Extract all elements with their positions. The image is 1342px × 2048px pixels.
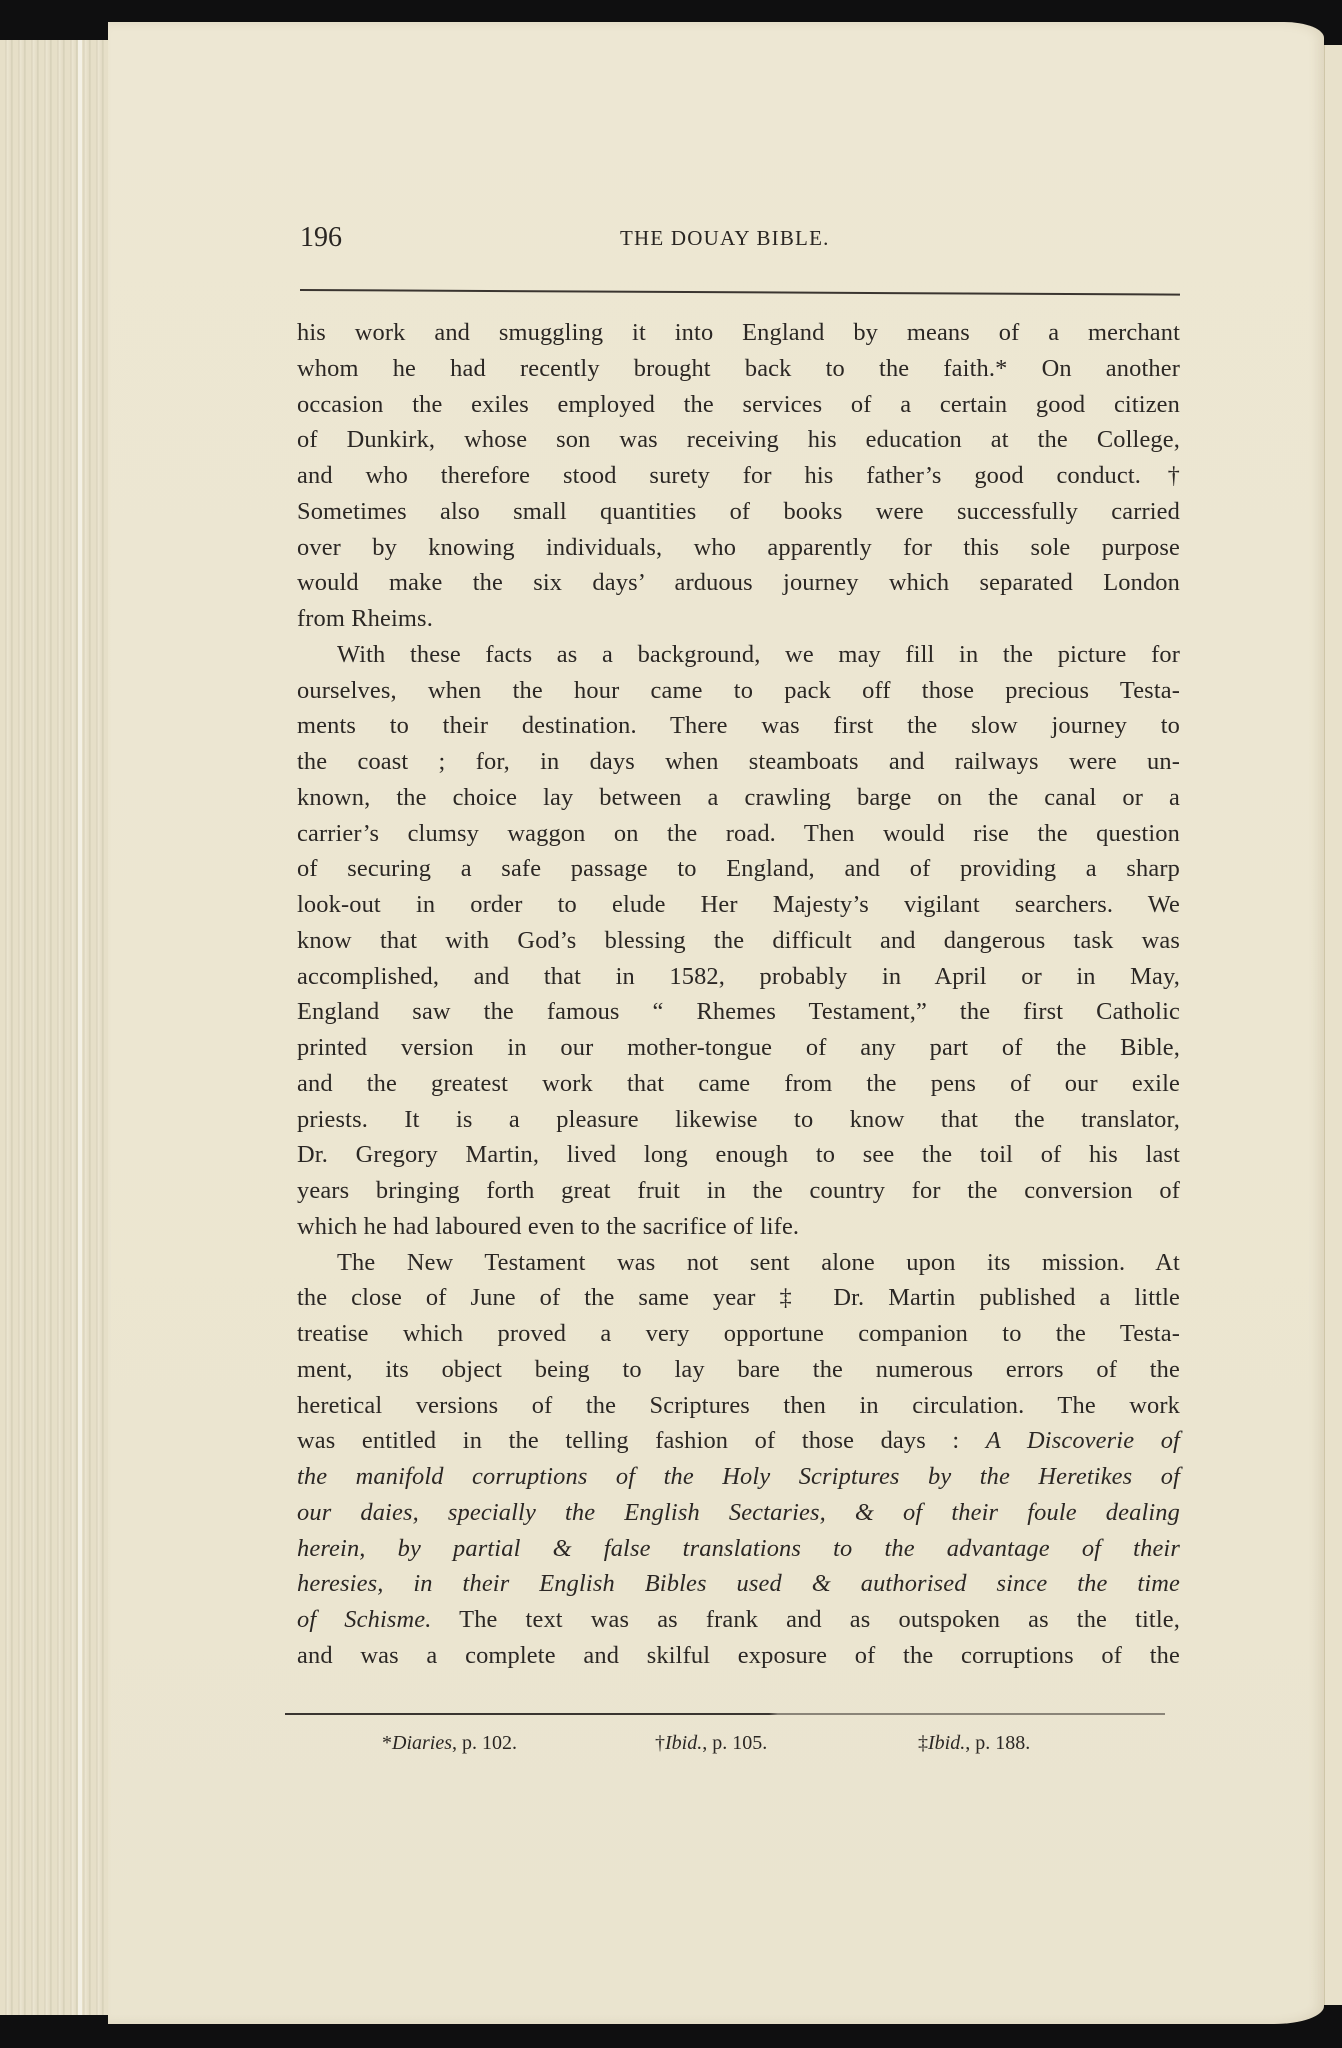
body-text: his work and smuggling it into England b…: [297, 315, 1180, 1674]
text-line: accomplished, and that in 1582, probably…: [297, 959, 1180, 995]
footnote-2: †Ibid., p. 105.: [655, 1732, 767, 1755]
text-line: of securing a safe passage to England, a…: [297, 851, 1180, 887]
text-line: priests. It is a pleasure likewise to kn…: [297, 1102, 1180, 1138]
footnote-mark: ‡: [918, 1732, 928, 1754]
text-line: would make the six days’ arduous journey…: [297, 565, 1180, 601]
book-title-italic-line: herein, by partial & false translations …: [297, 1531, 1180, 1567]
text-line: know that with God’s blessing the diffic…: [297, 923, 1180, 959]
book-title-italic-line: the manifold corruptions of the Holy Scr…: [297, 1459, 1180, 1495]
text-line: printed version in our mother-tongue of …: [297, 1030, 1180, 1066]
text-line: and the greatest work that came from the…: [297, 1066, 1180, 1102]
text-line: and was a complete and skilful exposure …: [297, 1638, 1180, 1674]
footnote-ref: , p. 105.: [702, 1732, 767, 1754]
text-line: of Schisme. The text was as frank and as…: [297, 1602, 1180, 1638]
text-line: from Rheims.: [297, 601, 1180, 637]
footnote-mark: *: [382, 1732, 392, 1754]
text-line: over by knowing individuals, who apparen…: [297, 530, 1180, 566]
facing-page-edge: [1324, 45, 1342, 2005]
text-line: ment, its object being to lay bare the n…: [297, 1352, 1180, 1388]
book-title-italic-line: heresies, in their English Bibles used &…: [297, 1566, 1180, 1602]
text-line: treatise which proved a very opportune c…: [297, 1316, 1180, 1352]
text-line: and who therefore stood surety for his f…: [297, 458, 1180, 494]
book-title-italic: of Schisme.: [297, 1606, 432, 1633]
text-roman: The text was as frank and as outspoken a…: [432, 1606, 1180, 1633]
page-header: 196 THE DOUAY BIBLE.: [300, 222, 1180, 262]
text-line: which he had laboured even to the sacrif…: [297, 1209, 1180, 1245]
text-line: heretical versions of the Scriptures the…: [297, 1388, 1180, 1424]
page-number: 196: [300, 222, 342, 254]
paragraph-start-line: With these facts as a background, we may…: [297, 637, 1180, 673]
text-line: was entitled in the telling fashion of t…: [297, 1423, 1180, 1459]
text-line: occasion the exiles employed the service…: [297, 387, 1180, 423]
text-line: the close of June of the same year ‡ Dr.…: [297, 1280, 1180, 1316]
running-title: THE DOUAY BIBLE.: [620, 226, 830, 251]
book-title-italic-line: our daies, specially the English Sectari…: [297, 1495, 1180, 1531]
text-line: years bringing forth great fruit in the …: [297, 1173, 1180, 1209]
footnote-mark: †: [655, 1732, 665, 1754]
footnote-3: ‡Ibid., p. 188.: [918, 1732, 1030, 1755]
text-line: England saw the famous “ Rhemes Testamen…: [297, 994, 1180, 1030]
text-line: the coast ; for, in days when steamboats…: [297, 744, 1180, 780]
footnote-ref: , p. 188.: [965, 1732, 1030, 1754]
footnote-rule: [285, 1713, 1165, 1715]
footnote-source: Diaries: [392, 1732, 452, 1754]
footnotes: *Diaries, p. 102. †Ibid., p. 105. ‡Ibid.…: [0, 1732, 1342, 1762]
book-title-italic: A Discoverie of: [986, 1427, 1180, 1454]
text-line: of Dunkirk, whose son was receiving his …: [297, 422, 1180, 458]
text-line: known, the choice lay between a crawling…: [297, 780, 1180, 816]
text-line: his work and smuggling it into England b…: [297, 315, 1180, 351]
footnote-source: Ibid.: [665, 1732, 702, 1754]
text-line: look-out in order to elude Her Majesty’s…: [297, 887, 1180, 923]
text-line: ments to their destination. There was fi…: [297, 708, 1180, 744]
footnote-source: Ibid.: [928, 1732, 965, 1754]
footnote-ref: , p. 102.: [452, 1732, 517, 1754]
paragraph-start-line: The New Testament was not sent alone upo…: [297, 1245, 1180, 1281]
footnote-1: *Diaries, p. 102.: [382, 1732, 517, 1755]
text-line: ourselves, when the hour came to pack of…: [297, 673, 1180, 709]
text-line: whom he had recently brought back to the…: [297, 351, 1180, 387]
text-line: Sometimes also small quantities of books…: [297, 494, 1180, 530]
page-stack-edges: [0, 40, 112, 2015]
text-line: carrier’s clumsy waggon on the road. The…: [297, 816, 1180, 852]
text-roman: was entitled in the telling fashion of t…: [297, 1427, 986, 1454]
text-line: Dr. Gregory Martin, lived long enough to…: [297, 1137, 1180, 1173]
